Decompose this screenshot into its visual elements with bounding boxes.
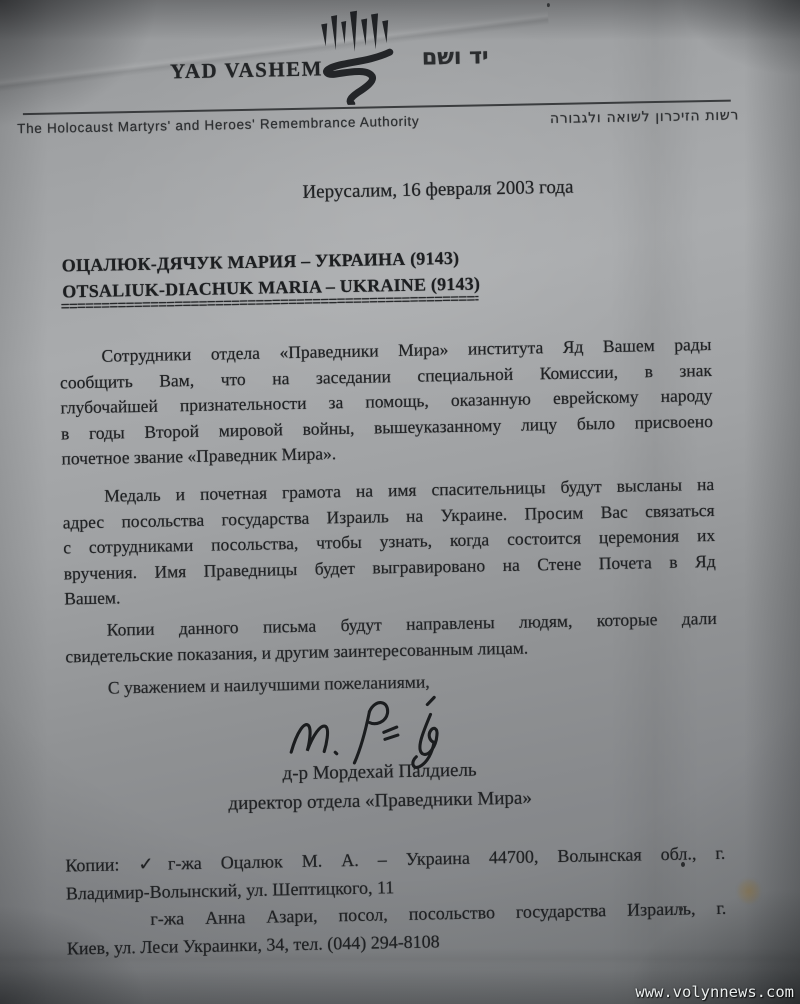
- letter-photo: YAD VASHEM יד ושם The Holocaust Martyrs'…: [0, 0, 800, 1004]
- copies-block: Копии: ✓г-жа Оцалюк М. А. – Украина 4470…: [65, 840, 727, 963]
- letter-page: YAD VASHEM יד ושם The Holocaust Martyrs'…: [0, 0, 800, 1004]
- watermark-url: www.volynnews.com: [635, 983, 794, 1001]
- paper-stain: [733, 876, 765, 910]
- org-subtitle-english: The Holocaust Martyrs' and Heroes' Remem…: [17, 114, 419, 137]
- paragraph-1: Сотрудники отдела «Праведники Мира» инст…: [59, 332, 713, 472]
- org-name-latin: YAD VASHEM: [170, 56, 323, 84]
- paragraph-3: Копии данного письма будут направлены лю…: [65, 606, 718, 670]
- org-subtitle-hebrew: רשות הזיכרון לשואה ולגבורה: [550, 107, 739, 127]
- paper-speck: [679, 907, 683, 911]
- paper-speck-top: [547, 3, 550, 7]
- date-line: Иерусалим, 16 февраля 2003 года: [302, 177, 573, 204]
- yad-vashem-logo-icon: [317, 8, 405, 106]
- paragraph-2: Медаль и почетная грамота на имя спасите…: [62, 472, 716, 612]
- paper-speck: [681, 862, 685, 867]
- signatory-block: д-р Мордехай Палдиель директор отдела «П…: [129, 754, 630, 821]
- org-name-hebrew: יד ושם: [422, 44, 489, 70]
